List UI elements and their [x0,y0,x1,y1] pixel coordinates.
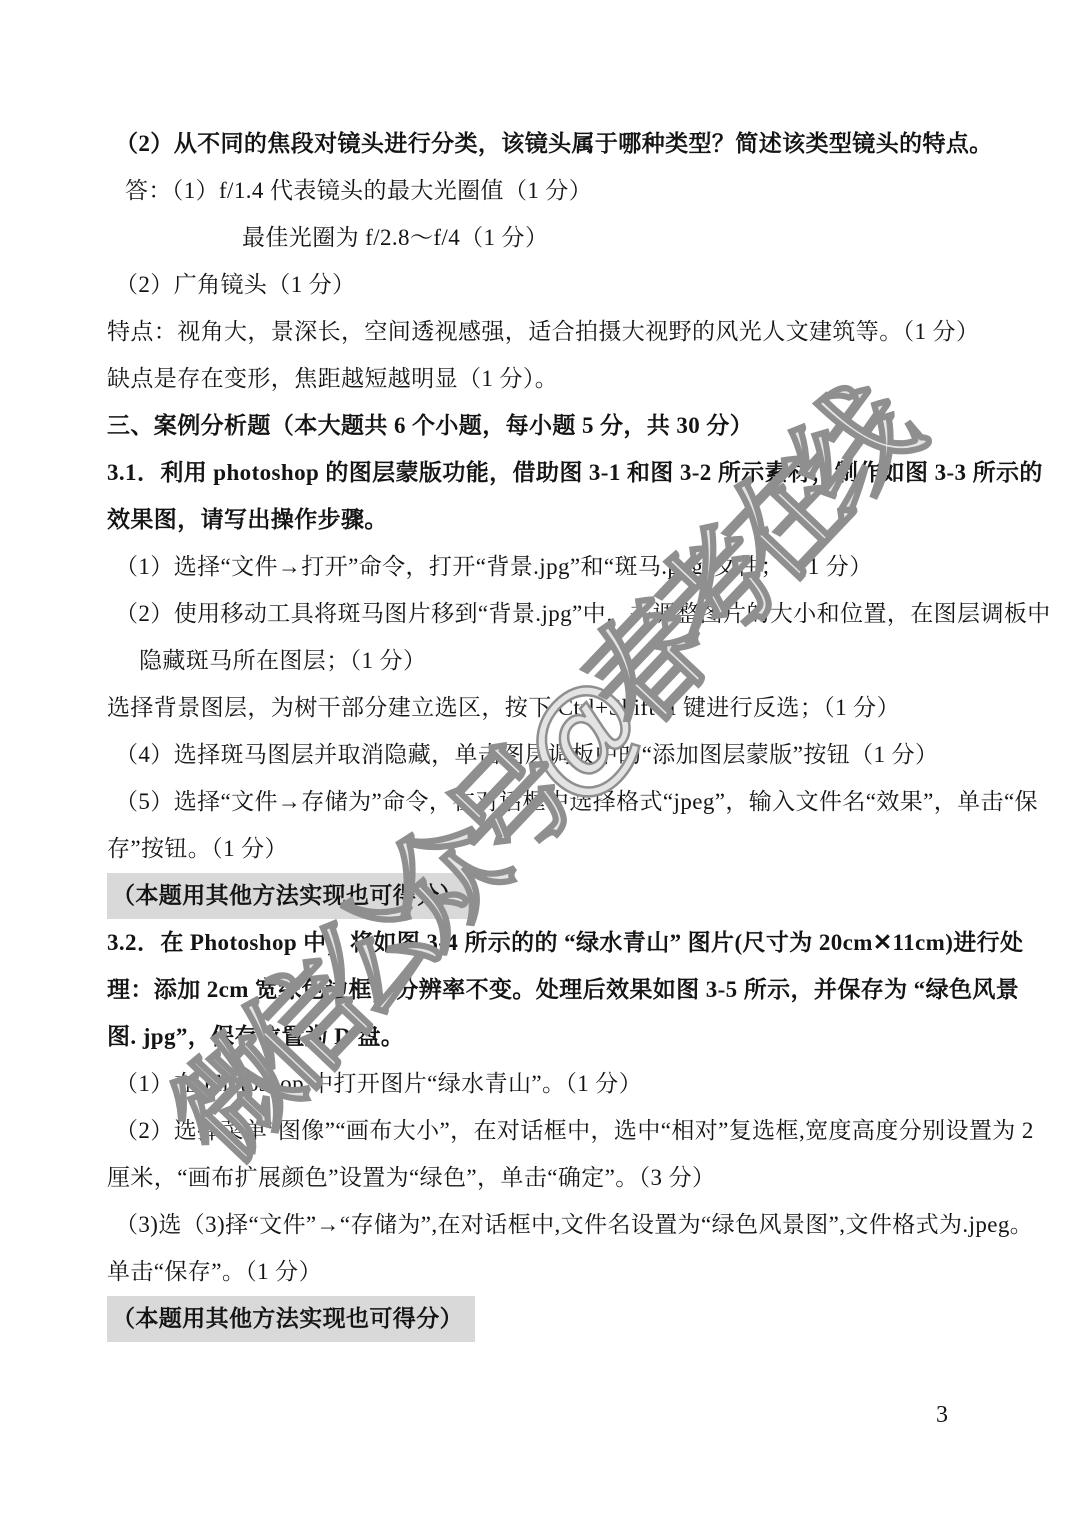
text-line: 理：添加 2cm 宽绿色边框，分辨率不变。处理后效果如图 3-5 所示，并保存为… [107,966,980,1013]
text-line: （2）广角镜头（1 分） [107,261,980,308]
text-line: 最佳光圈为 f/2.8～f/4（1 分） [107,214,980,261]
text-line: （1）选择“文件→打开”命令，打开“背景.jpg”和“斑马.png”文件； （1… [107,543,980,590]
note-line: （本题用其他方法实现也可得分） [107,872,980,919]
text-line: 3.2．在 Photoshop 中，将如图 3-4 所示的的 “绿水青山” 图片… [107,919,980,966]
text-line: 三、案例分析题（本大题共 6 个小题，每小题 5 分，共 30 分） [107,402,980,449]
text-line: （4）选择斑马图层并取消隐藏，单击图层调板中的“添加图层蒙版”按钮（1 分） [107,731,980,778]
page-number: 3 [936,1400,948,1430]
text-line: （3)选（3)择“文件”→“存储为”,在对话框中,文件名设置为“绿色风景图”,文… [107,1201,980,1248]
text-line: （2）选择菜单“图像”“画布大小”，在对话框中，选中“相对”复选框,宽度高度分别… [107,1107,980,1154]
text-line: （5）选择“文件→存储为”命令，在对话框中选择格式“jpeg”，输入文件名“效果… [107,778,980,825]
text-line: 3.1．利用 photoshop 的图层蒙版功能，借助图 3-1 和图 3-2 … [107,449,980,496]
text-line: 效果图，请写出操作步骤。 [107,496,980,543]
text-line: 图. jpg”，保存位置为 D 盘。 [107,1013,980,1060]
text-line: （2）使用移动工具将斑马图片移到“背景.jpg”中，并调整图片的大小和位置，在图… [107,590,980,637]
text-line: 缺点是存在变形，焦距越短越明显（1 分）。 [107,355,980,402]
text-line: （1）在 Photoshop 中打开图片“绿水青山”。（1 分） [107,1060,980,1107]
note-highlight: （本题用其他方法实现也可得分） [107,873,475,919]
document-page: （2）从不同的焦段对镜头进行分类，该镜头属于哪种类型？简述该类型镜头的特点。答：… [0,0,1080,1526]
text-line: 厘米，“画布扩展颜色”设置为“绿色”，单击“确定”。（3 分） [107,1154,980,1201]
text-line: 选择背景图层，为树干部分建立选区，按下 Ctrl+Shift+I 键进行反选；（… [107,684,980,731]
text-line: 答：（1）f/1.4 代表镜头的最大光圈值（1 分） [107,167,980,214]
text-line: 隐藏斑马所在图层；（1 分） [107,637,980,684]
text-line: 单击“保存”。（1 分） [107,1248,980,1295]
note-highlight: （本题用其他方法实现也可得分） [107,1296,475,1342]
text-line: 存”按钮。（1 分） [107,825,980,872]
note-line: （本题用其他方法实现也可得分） [107,1295,980,1342]
text-line: 特点：视角大，景深长，空间透视感强，适合拍摄大视野的风光人文建筑等。（1 分） [107,308,980,355]
document-body: （2）从不同的焦段对镜头进行分类，该镜头属于哪种类型？简述该类型镜头的特点。答：… [107,120,980,1342]
text-line: （2）从不同的焦段对镜头进行分类，该镜头属于哪种类型？简述该类型镜头的特点。 [107,120,980,167]
